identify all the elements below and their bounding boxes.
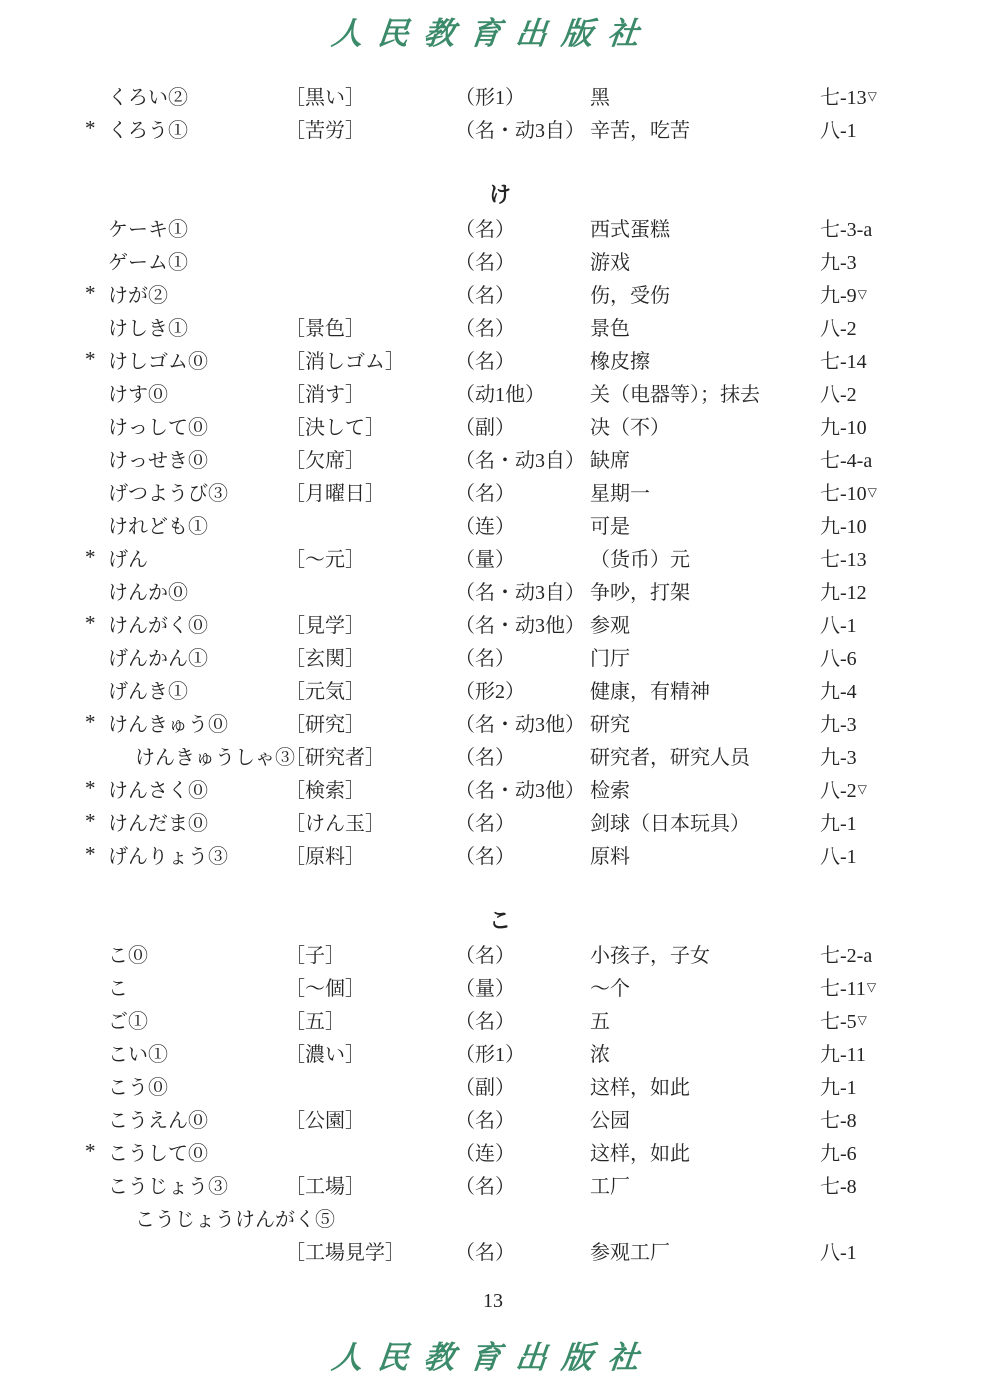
kana-word: げん xyxy=(108,543,285,572)
lesson-reference: 七-5▽ xyxy=(820,1005,915,1034)
part-of-speech: （名） xyxy=(455,279,590,308)
lesson-number: 七-8 xyxy=(820,1176,857,1198)
vocab-row: *けが②（名）伤，受伤九-9▽ xyxy=(85,277,915,310)
publisher-logo-bottom: 人民教育出版社 xyxy=(0,1332,986,1377)
lesson-reference: 九-3 xyxy=(820,741,915,770)
triangle-mark: ▽ xyxy=(858,1013,867,1027)
lesson-number: 八-1 xyxy=(820,615,857,637)
section-header: け xyxy=(85,178,915,211)
chinese-meaning: 黑 xyxy=(590,81,820,110)
lesson-reference: 七-3-a xyxy=(820,213,915,242)
lesson-reference: 九-4 xyxy=(820,675,915,704)
part-of-speech: （形2） xyxy=(455,675,590,704)
kanji-writing: ［月曜日］ xyxy=(285,477,455,506)
vocab-row: *けしゴム⓪［消しゴム］（名）橡皮擦七-14 xyxy=(85,343,915,376)
section-header: こ xyxy=(85,904,915,937)
vocab-row: けしき①［景色］（名）景色八-2 xyxy=(85,310,915,343)
vocab-row: こうえん⓪［公園］（名）公园七-8 xyxy=(85,1102,915,1135)
kana-word: こ xyxy=(108,972,285,1001)
kana-word: ケーキ① xyxy=(108,213,285,242)
kana-word: けんきゅう⓪ xyxy=(108,708,285,737)
lesson-number: 九-1 xyxy=(820,1077,857,1099)
part-of-speech: （名） xyxy=(455,213,590,242)
chinese-meaning: 伤，受伤 xyxy=(590,279,820,308)
kanji-writing: ［決して］ xyxy=(285,411,455,440)
part-of-speech: （连） xyxy=(455,1137,590,1166)
kana-word: けす⓪ xyxy=(108,378,285,407)
lesson-number: 九-9 xyxy=(820,285,857,307)
kanji-writing: ［検索］ xyxy=(285,774,455,803)
kanji-writing: ［消しゴム］ xyxy=(285,345,455,374)
kanji-writing: ［苦労］ xyxy=(285,114,455,143)
kana-word: こい① xyxy=(108,1038,285,1067)
kana-word: こう⓪ xyxy=(108,1071,285,1100)
part-of-speech: （形1） xyxy=(455,81,590,110)
lesson-reference: 九-10 xyxy=(820,510,915,539)
kanji-writing: ［～個］ xyxy=(285,972,455,1001)
lesson-reference: 八-1 xyxy=(820,609,915,638)
kana-word: けっせき⓪ xyxy=(108,444,285,473)
vocab-row: こ［～個］（量）～个七-11▽ xyxy=(85,970,915,1003)
part-of-speech: （名・动3自） xyxy=(455,576,590,605)
part-of-speech: （名・动3自） xyxy=(455,444,590,473)
part-of-speech: （名・动3他） xyxy=(455,708,590,737)
kana-word: くろう① xyxy=(108,114,285,143)
lesson-number: 九-11 xyxy=(820,1044,866,1066)
lesson-reference: 九-3 xyxy=(820,246,915,275)
part-of-speech: （名） xyxy=(455,1236,590,1265)
part-of-speech: （名） xyxy=(455,1005,590,1034)
vocab-row: *げんりょう③［原料］（名）原料八-1 xyxy=(85,838,915,871)
part-of-speech: （名・动3自） xyxy=(455,114,590,143)
kanji-writing: ［黒い］ xyxy=(285,81,455,110)
textbook-page: 人民教育出版社 くろい②［黒い］（形1）黑七-13▽*くろう①［苦労］（名・动3… xyxy=(0,0,986,1388)
vocab-row: こうじょうけんがく⑤ xyxy=(85,1201,915,1234)
vocab-row: くろい②［黒い］（形1）黑七-13▽ xyxy=(85,79,915,112)
lesson-number: 八-1 xyxy=(820,120,857,142)
lesson-reference: 七-13▽ xyxy=(820,81,915,110)
kana-word: けしき① xyxy=(108,312,285,341)
part-of-speech: （名） xyxy=(455,939,590,968)
kana-word: こうじょうけんがく⑤ xyxy=(108,1203,285,1232)
lesson-number: 七-5 xyxy=(820,1011,857,1033)
kana-word: けんだま⓪ xyxy=(108,807,285,836)
lesson-number: 八-1 xyxy=(820,1242,857,1264)
lesson-reference: 九-6 xyxy=(820,1137,915,1166)
triangle-mark: ▽ xyxy=(858,782,867,796)
lesson-reference: 九-10 xyxy=(820,411,915,440)
vocab-row: げんかん①［玄関］（名）门厅八-6 xyxy=(85,640,915,673)
chinese-meaning: 决（不） xyxy=(590,411,820,440)
part-of-speech: （副） xyxy=(455,1071,590,1100)
lesson-reference: 七-8 xyxy=(820,1170,915,1199)
lesson-number: 九-3 xyxy=(820,714,857,736)
kanji-writing: ［けん玉］ xyxy=(285,807,455,836)
star-marker: * xyxy=(85,116,108,141)
star-marker: * xyxy=(85,710,108,735)
star-marker: * xyxy=(85,281,108,306)
vocab-row: ゲーム①（名）游戏九-3 xyxy=(85,244,915,277)
lesson-number: 七-4-a xyxy=(820,450,872,472)
kana-word: けっして⓪ xyxy=(108,411,285,440)
kanji-writing: ［玄関］ xyxy=(285,642,455,671)
chinese-meaning: 参观 xyxy=(590,609,820,638)
triangle-mark: ▽ xyxy=(858,287,867,301)
kana-word: こうえん⓪ xyxy=(108,1104,285,1133)
vocab-row: *くろう①［苦労］（名・动3自）辛苦，吃苦八-1 xyxy=(85,112,915,145)
star-marker: * xyxy=(85,611,108,636)
chinese-meaning: ～个 xyxy=(590,972,820,1001)
kana-word: けんきゅうしゃ③ xyxy=(108,741,285,770)
lesson-reference: 八-1 xyxy=(820,1236,915,1265)
vocab-row: ケーキ①（名）西式蛋糕七-3-a xyxy=(85,211,915,244)
lesson-number: 八-2 xyxy=(820,780,857,802)
vocab-row: こうじょう③［工場］（名）工厂七-8 xyxy=(85,1168,915,1201)
lesson-number: 九-12 xyxy=(820,582,867,604)
chinese-meaning: 这样，如此 xyxy=(590,1071,820,1100)
triangle-mark: ▽ xyxy=(867,980,876,994)
part-of-speech: （名） xyxy=(455,840,590,869)
lesson-number: 九-3 xyxy=(820,747,857,769)
part-of-speech: （量） xyxy=(455,543,590,572)
chinese-meaning: 游戏 xyxy=(590,246,820,275)
star-marker: * xyxy=(85,842,108,867)
chinese-meaning: 这样，如此 xyxy=(590,1137,820,1166)
lesson-reference: 八-2 xyxy=(820,312,915,341)
kanji-writing: ［子］ xyxy=(285,939,455,968)
chinese-meaning: 原料 xyxy=(590,840,820,869)
kanji-writing: ［欠席］ xyxy=(285,444,455,473)
part-of-speech: （名） xyxy=(455,246,590,275)
chinese-meaning: 关（电器等）；抹去 xyxy=(590,378,820,407)
chinese-meaning: 景色 xyxy=(590,312,820,341)
kana-word: けが② xyxy=(108,279,285,308)
part-of-speech: （量） xyxy=(455,972,590,1001)
part-of-speech: （形1） xyxy=(455,1038,590,1067)
vocab-row: *げん［～元］（量）（货币）元七-13 xyxy=(85,541,915,574)
chinese-meaning: 缺席 xyxy=(590,444,820,473)
kana-word: げんき① xyxy=(108,675,285,704)
lesson-reference: 七-2-a xyxy=(820,939,915,968)
part-of-speech: （动1他） xyxy=(455,378,590,407)
star-marker: * xyxy=(85,1139,108,1164)
lesson-reference: 九-9▽ xyxy=(820,279,915,308)
lesson-number: 九-4 xyxy=(820,681,857,703)
kanji-writing: ［見学］ xyxy=(285,609,455,638)
kanji-writing: ［研究］ xyxy=(285,708,455,737)
kana-word: けんさく⓪ xyxy=(108,774,285,803)
kana-word: げつようび③ xyxy=(108,477,285,506)
chinese-meaning: 工厂 xyxy=(590,1170,820,1199)
lesson-number: 九-1 xyxy=(820,813,857,835)
part-of-speech: （名） xyxy=(455,312,590,341)
vocab-row: ご①［五］（名）五七-5▽ xyxy=(85,1003,915,1036)
chinese-meaning: 健康，有精神 xyxy=(590,675,820,704)
part-of-speech: （名・动3他） xyxy=(455,609,590,638)
lesson-reference: 八-1 xyxy=(820,840,915,869)
part-of-speech: （名・动3他） xyxy=(455,774,590,803)
kana-word: くろい② xyxy=(108,81,285,110)
chinese-meaning: 剑球（日本玩具） xyxy=(590,807,820,836)
chinese-meaning: 研究者，研究人员 xyxy=(590,741,820,770)
part-of-speech: （名） xyxy=(455,1104,590,1133)
chinese-meaning: 辛苦，吃苦 xyxy=(590,114,820,143)
vocab-row: こ⓪［子］（名）小孩子，子女七-2-a xyxy=(85,937,915,970)
lesson-reference: 九-11 xyxy=(820,1038,915,1067)
lesson-number: 八-2 xyxy=(820,384,857,406)
part-of-speech: （连） xyxy=(455,510,590,539)
lesson-reference: 七-4-a xyxy=(820,444,915,473)
lesson-reference: 九-3 xyxy=(820,708,915,737)
lesson-reference: 七-11▽ xyxy=(820,972,915,1001)
kanji-writing: ［五］ xyxy=(285,1005,455,1034)
chinese-meaning: 橡皮擦 xyxy=(590,345,820,374)
lesson-number: 七-14 xyxy=(820,351,867,373)
part-of-speech: （名） xyxy=(455,807,590,836)
lesson-reference: 八-6 xyxy=(820,642,915,671)
kanji-writing: ［公園］ xyxy=(285,1104,455,1133)
chinese-meaning: 争吵，打架 xyxy=(590,576,820,605)
star-marker: * xyxy=(85,347,108,372)
chinese-meaning: 五 xyxy=(590,1005,820,1034)
chinese-meaning: 可是 xyxy=(590,510,820,539)
vocab-row: こう⓪（副）这样，如此九-1 xyxy=(85,1069,915,1102)
kana-word: げんりょう③ xyxy=(108,840,285,869)
triangle-mark: ▽ xyxy=(868,485,877,499)
vocab-row: けす⓪［消す］（动1他）关（电器等）；抹去八-2 xyxy=(85,376,915,409)
chinese-meaning: 浓 xyxy=(590,1038,820,1067)
part-of-speech: （名） xyxy=(455,642,590,671)
chinese-meaning: 检索 xyxy=(590,774,820,803)
vocab-row: けんか⓪（名・动3自）争吵，打架九-12 xyxy=(85,574,915,607)
page-number: 13 xyxy=(0,1290,986,1313)
lesson-number: 七-13 xyxy=(820,549,867,571)
kanji-writing: ［工場見学］ xyxy=(285,1236,455,1265)
lesson-number: 七-2-a xyxy=(820,945,872,967)
kana-word: けんか⓪ xyxy=(108,576,285,605)
part-of-speech: （副） xyxy=(455,411,590,440)
vocab-row: けんきゅうしゃ③［研究者］（名）研究者，研究人员九-3 xyxy=(85,739,915,772)
kanji-writing: ［研究者］ xyxy=(285,741,455,770)
kanji-writing: ［濃い］ xyxy=(285,1038,455,1067)
lesson-number: 九-10 xyxy=(820,516,867,538)
lesson-number: 八-6 xyxy=(820,648,857,670)
lesson-reference: 七-13 xyxy=(820,543,915,572)
chinese-meaning: 参观工厂 xyxy=(590,1236,820,1265)
lesson-reference: 七-14 xyxy=(820,345,915,374)
lesson-reference: 七-8 xyxy=(820,1104,915,1133)
kana-word: けんがく⓪ xyxy=(108,609,285,638)
part-of-speech: （名） xyxy=(455,477,590,506)
lesson-reference xyxy=(820,1206,915,1229)
lesson-number: 八-2 xyxy=(820,318,857,340)
part-of-speech: （名） xyxy=(455,741,590,770)
kana-word: こうして⓪ xyxy=(108,1137,285,1166)
lesson-number: 七-11 xyxy=(820,978,866,1000)
chinese-meaning: 西式蛋糕 xyxy=(590,213,820,242)
lesson-reference: 九-1 xyxy=(820,807,915,836)
lesson-reference: 七-10▽ xyxy=(820,477,915,506)
chinese-meaning: 星期一 xyxy=(590,477,820,506)
vocab-row: *けんだま⓪［けん玉］（名）剑球（日本玩具）九-1 xyxy=(85,805,915,838)
kanji-writing: ［工場］ xyxy=(285,1170,455,1199)
lesson-number: 七-8 xyxy=(820,1110,857,1132)
star-marker: * xyxy=(85,809,108,834)
vocab-row: こい①［濃い］（形1）浓九-11 xyxy=(85,1036,915,1069)
lesson-reference: 九-12 xyxy=(820,576,915,605)
vocab-row: げんき①［元気］（形2）健康，有精神九-4 xyxy=(85,673,915,706)
lesson-reference: 八-1 xyxy=(820,114,915,143)
kana-word: げんかん① xyxy=(108,642,285,671)
vocab-row: けれども①（连）可是九-10 xyxy=(85,508,915,541)
kanji-writing: ［消す］ xyxy=(285,378,455,407)
kana-word: ゲーム① xyxy=(108,246,285,275)
part-of-speech: （名） xyxy=(455,345,590,374)
kanji-writing: ［元気］ xyxy=(285,675,455,704)
vocab-row: ［工場見学］（名）参观工厂八-1 xyxy=(85,1234,915,1267)
kanji-writing: ［景色］ xyxy=(285,312,455,341)
part-of-speech: （名） xyxy=(455,1170,590,1199)
vocab-row: けっして⓪［決して］（副）决（不）九-10 xyxy=(85,409,915,442)
lesson-reference: 九-1 xyxy=(820,1071,915,1100)
lesson-number: 七-10 xyxy=(820,483,867,505)
lesson-number: 七-3-a xyxy=(820,219,872,241)
vocab-row: げつようび③［月曜日］（名）星期一七-10▽ xyxy=(85,475,915,508)
vocab-row: *けんさく⓪［検索］（名・动3他）检索八-2▽ xyxy=(85,772,915,805)
chinese-meaning: 门厅 xyxy=(590,642,820,671)
kana-word: こうじょう③ xyxy=(108,1170,285,1199)
kanji-writing: ［～元］ xyxy=(285,543,455,572)
lesson-number: 八-1 xyxy=(820,846,857,868)
lesson-reference: 八-2▽ xyxy=(820,774,915,803)
lesson-reference: 八-2 xyxy=(820,378,915,407)
lesson-number: 九-6 xyxy=(820,1143,857,1165)
publisher-logo-top: 人民教育出版社 xyxy=(0,8,986,53)
chinese-meaning: （货币）元 xyxy=(590,543,820,572)
chinese-meaning: 小孩子，子女 xyxy=(590,939,820,968)
vocabulary-list: くろい②［黒い］（形1）黑七-13▽*くろう①［苦労］（名・动3自）辛苦，吃苦八… xyxy=(85,79,915,1267)
kana-word: ご① xyxy=(108,1005,285,1034)
kanji-writing: ［原料］ xyxy=(285,840,455,869)
chinese-meaning: 研究 xyxy=(590,708,820,737)
vocab-row: *けんがく⓪［見学］（名・动3他）参观八-1 xyxy=(85,607,915,640)
kana-word: けれども① xyxy=(108,510,285,539)
lesson-number: 七-13 xyxy=(820,87,867,109)
star-marker: * xyxy=(85,545,108,570)
lesson-number: 九-10 xyxy=(820,417,867,439)
kana-word: こ⓪ xyxy=(108,939,285,968)
chinese-meaning: 公园 xyxy=(590,1104,820,1133)
vocab-row: けっせき⓪［欠席］（名・动3自）缺席七-4-a xyxy=(85,442,915,475)
star-marker: * xyxy=(85,776,108,801)
vocab-row: *こうして⓪（连）这样，如此九-6 xyxy=(85,1135,915,1168)
vocab-row: *けんきゅう⓪［研究］（名・动3他）研究九-3 xyxy=(85,706,915,739)
lesson-number: 九-3 xyxy=(820,252,857,274)
kana-word: けしゴム⓪ xyxy=(108,345,285,374)
triangle-mark: ▽ xyxy=(868,89,877,103)
